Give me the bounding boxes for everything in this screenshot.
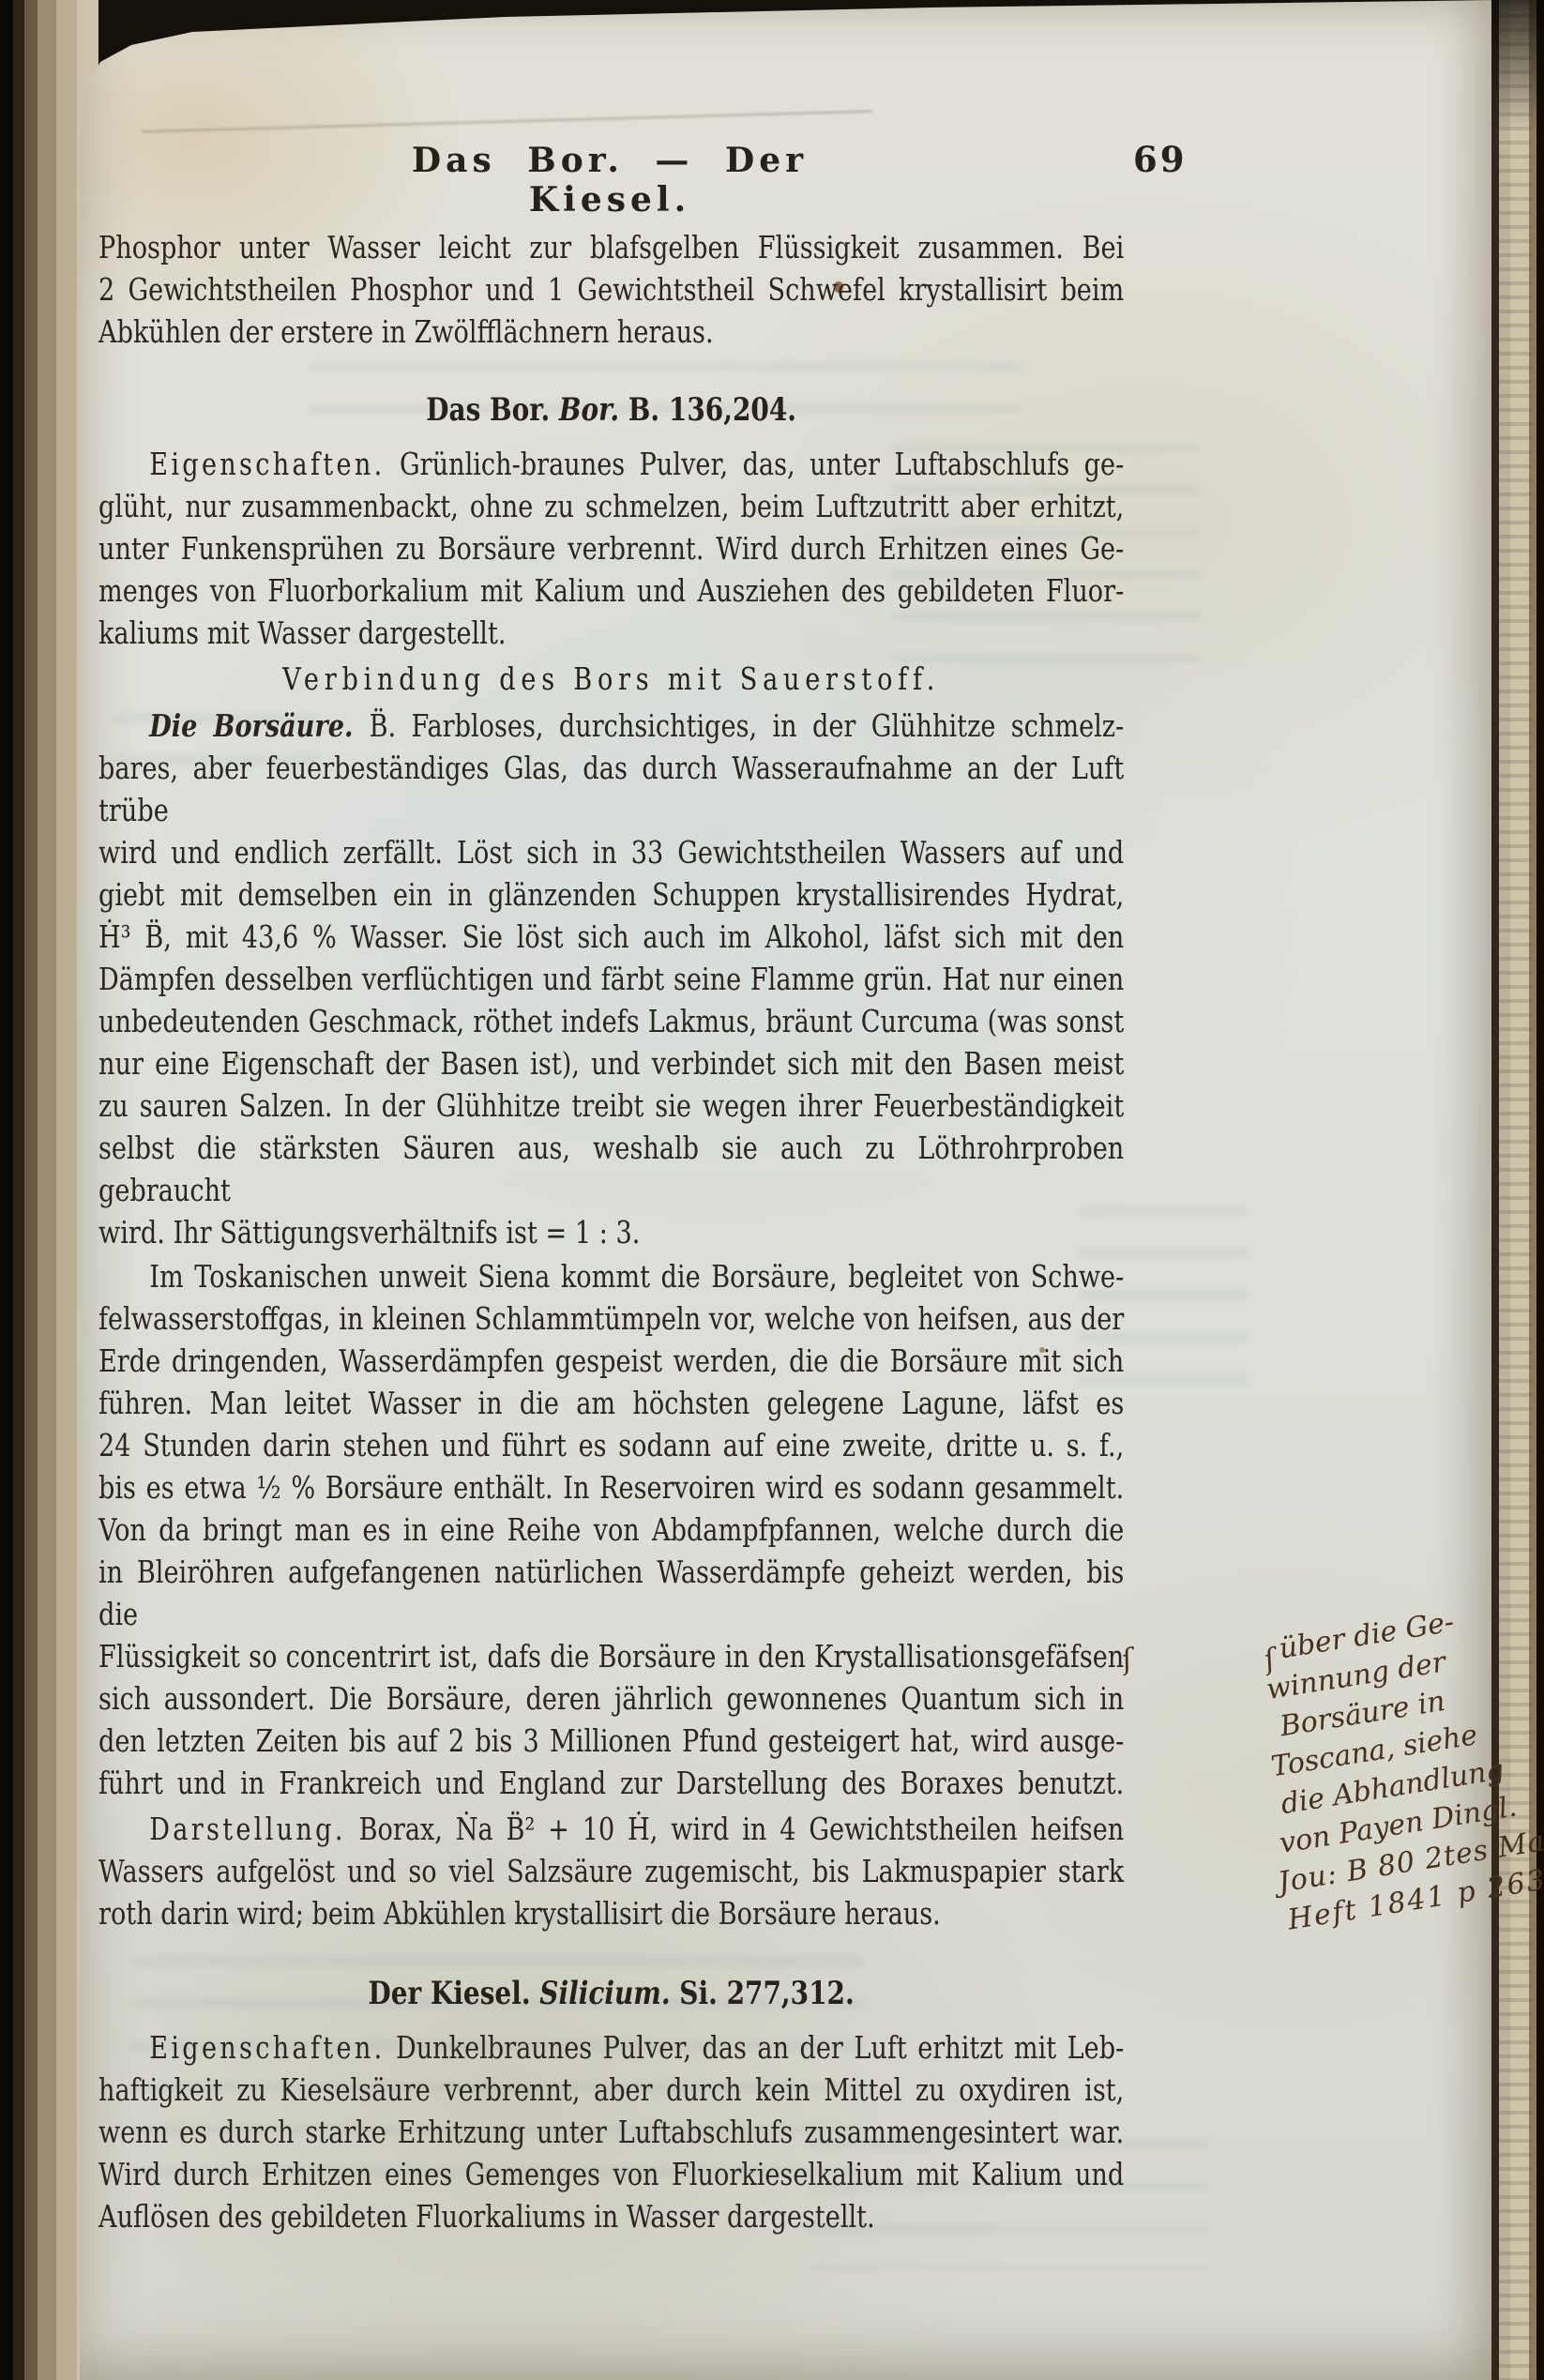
paragraph: Phosphor unter Wasser leicht zur blafsge…: [98, 226, 1124, 353]
text-line: Von da bringt man es in eine Reihe von A…: [98, 1508, 1124, 1551]
text-line: Erde dringenden, Wasserdämpfen gespeist …: [98, 1340, 1124, 1382]
text-line: wenn es durch starke Erhitzung unter Luf…: [98, 2111, 1124, 2153]
paragraph: Darstellung. Borax, Ṅa B̈² + 10 Ḣ, wird …: [98, 1808, 1124, 1934]
adjacent-page-text-hint: [1499, 0, 1533, 2380]
text-line: Darstellung. Borax, Ṅa B̈² + 10 Ḣ, wird …: [98, 1808, 1124, 1850]
text-line: den letzten Zeiten bis auf 2 bis 3 Milli…: [98, 1720, 1124, 1762]
text-line: bares, aber feuerbeständiges Glas, das d…: [98, 747, 1124, 831]
text-line: Auflösen des gebildeten Fluorkaliums in …: [98, 2195, 1124, 2237]
text-line: Eigenschaften. Dunkelbraunes Pulver, das…: [98, 2026, 1124, 2069]
text-line: Ḣ³ B̈, mit 43,6 % Wasser. Sie löst sich …: [98, 916, 1124, 958]
text-line: glüht, nur zusammenbackt, ohne zu schmel…: [98, 485, 1124, 527]
text-line: sich aussondert. Die Borsäure, deren jäh…: [98, 1677, 1124, 1720]
text-line: roth darin wird; beim Abkühlen krystalli…: [98, 1892, 1124, 1934]
text-line: wird und endlich zerfällt. Löst sich in …: [98, 831, 1124, 873]
text-line: Flüssigkeit so concentrirt ist, dafs die…: [98, 1635, 1124, 1677]
text-line: 24 Stunden darin stehen und führt es sod…: [98, 1424, 1124, 1466]
text-line: unbedeutenden Geschmack, röthet indefs L…: [98, 1000, 1124, 1042]
text-line: giebt mit demselben ein in glänzenden Sc…: [98, 873, 1124, 916]
text-line: Dämpfen desselben verflüchtigen und färb…: [98, 958, 1124, 1000]
text-line: Phosphor unter Wasser leicht zur blafsge…: [98, 226, 1124, 268]
text-segment: Eigenschaften.: [149, 446, 385, 482]
text-line: zu sauren Salzen. In der Glühhitze treib…: [98, 1084, 1124, 1127]
text-line: führen. Man leitet Wasser in die am höch…: [98, 1382, 1124, 1424]
heading-segment: Si. 277,312.: [671, 1975, 855, 2012]
text-segment: Grünlich-braunes Pulver, das, unter Luft…: [386, 446, 1125, 482]
heading-segment: Bor.: [559, 391, 619, 429]
adjacent-page-edge: [1491, 0, 1544, 2380]
section-heading: Der Kiesel. Silicium. Si. 277,312.: [98, 1970, 1124, 2017]
heading-segment: Das Bor.: [426, 391, 559, 429]
heading-segment: B. 136,204.: [619, 391, 796, 429]
text-line: Wird durch Erhitzen eines Gemenges von F…: [98, 2153, 1124, 2195]
text-line: Im Toskanischen unweit Siena kommt die B…: [98, 1255, 1124, 1297]
paragraph: Eigenschaften. Grünlich-braunes Pulver, …: [98, 443, 1124, 654]
page-number: 69: [1133, 139, 1188, 180]
text-segment: Die Borsäure.: [149, 707, 369, 744]
text-line: Abkühlen der erstere in Zwölfflächnern h…: [98, 311, 1124, 353]
text-line: Eigenschaften. Grünlich-braunes Pulver, …: [98, 443, 1124, 485]
running-head-title: Das Bor. — Der Kiesel.: [319, 141, 901, 220]
paragraph: Eigenschaften. Dunkelbraunes Pulver, das…: [98, 2026, 1124, 2237]
text-segment: B̈. Farbloses, durchsichtiges, in der Gl…: [370, 707, 1125, 744]
text-segment: Borax, Ṅa B̈² + 10 Ḣ, wird in 4 Gewichts…: [346, 1811, 1125, 1847]
text-line: 2 Gewichtstheilen Phosphor und 1 Gewicht…: [98, 268, 1124, 311]
heading-segment: Der Kiesel.: [369, 1975, 540, 2012]
text-line: führt und in Frankreich und England zur …: [98, 1762, 1124, 1804]
text-line: nur eine Eigenschaft der Basen ist), und…: [98, 1042, 1124, 1084]
heading-segment: Verbindung des Bors mit Sauerstoff.: [282, 660, 940, 697]
text-segment: Dunkelbraunes Pulver, das an der Luft er…: [386, 2029, 1125, 2066]
text-line: haftigkeit zu Kieselsäure verbrennt, abe…: [98, 2069, 1124, 2111]
adjacent-page-shadow: [1491, 0, 1544, 131]
handwritten-marginalia: über die Ge- winnung der Borsäure in Tos…: [1252, 1585, 1544, 1938]
text-line: Die Borsäure. B̈. Farbloses, durchsichti…: [98, 705, 1124, 747]
text-line: felwasserstoffgas, in kleinen Schlammtüm…: [98, 1297, 1124, 1340]
text-line: kaliums mit Wasser dargestellt.: [98, 612, 1124, 654]
paragraph: Im Toskanischen unweit Siena kommt die B…: [98, 1255, 1124, 1804]
text-line: menges von Fluorborkalium mit Kalium und…: [98, 569, 1124, 612]
heading-segment: Silicium.: [539, 1975, 670, 2012]
section-heading: Das Bor. Bor. B. 136,204.: [98, 387, 1124, 433]
text-line: Wassers aufgelöst und so viel Salzsäure …: [98, 1850, 1124, 1892]
text-line: in Bleiröhren aufgefangenen natürlichen …: [98, 1551, 1124, 1635]
text-line: bis es etwa ½ % Borsäure enthält. In Res…: [98, 1466, 1124, 1508]
paragraph: Die Borsäure. B̈. Farbloses, durchsichti…: [98, 705, 1124, 1253]
text-segment: Eigenschaften.: [149, 2029, 385, 2066]
text-line: unter Funkensprühen zu Borsäure verbrenn…: [98, 527, 1124, 569]
text-segment: Darstellung.: [149, 1811, 346, 1847]
text-line: selbst die stärksten Säuren aus, weshalb…: [98, 1127, 1124, 1211]
text-line: wird. Ihr Sättigungsverhältnifs ist = 1 …: [98, 1211, 1124, 1253]
text-column: Phosphor unter Wasser leicht zur blafsge…: [98, 226, 1124, 2237]
section-heading: Verbindung des Bors mit Sauerstoff.: [98, 658, 1124, 701]
scanned-book-page: Das Bor. — Der Kiesel. 69 Phosphor unter…: [0, 0, 1544, 2380]
